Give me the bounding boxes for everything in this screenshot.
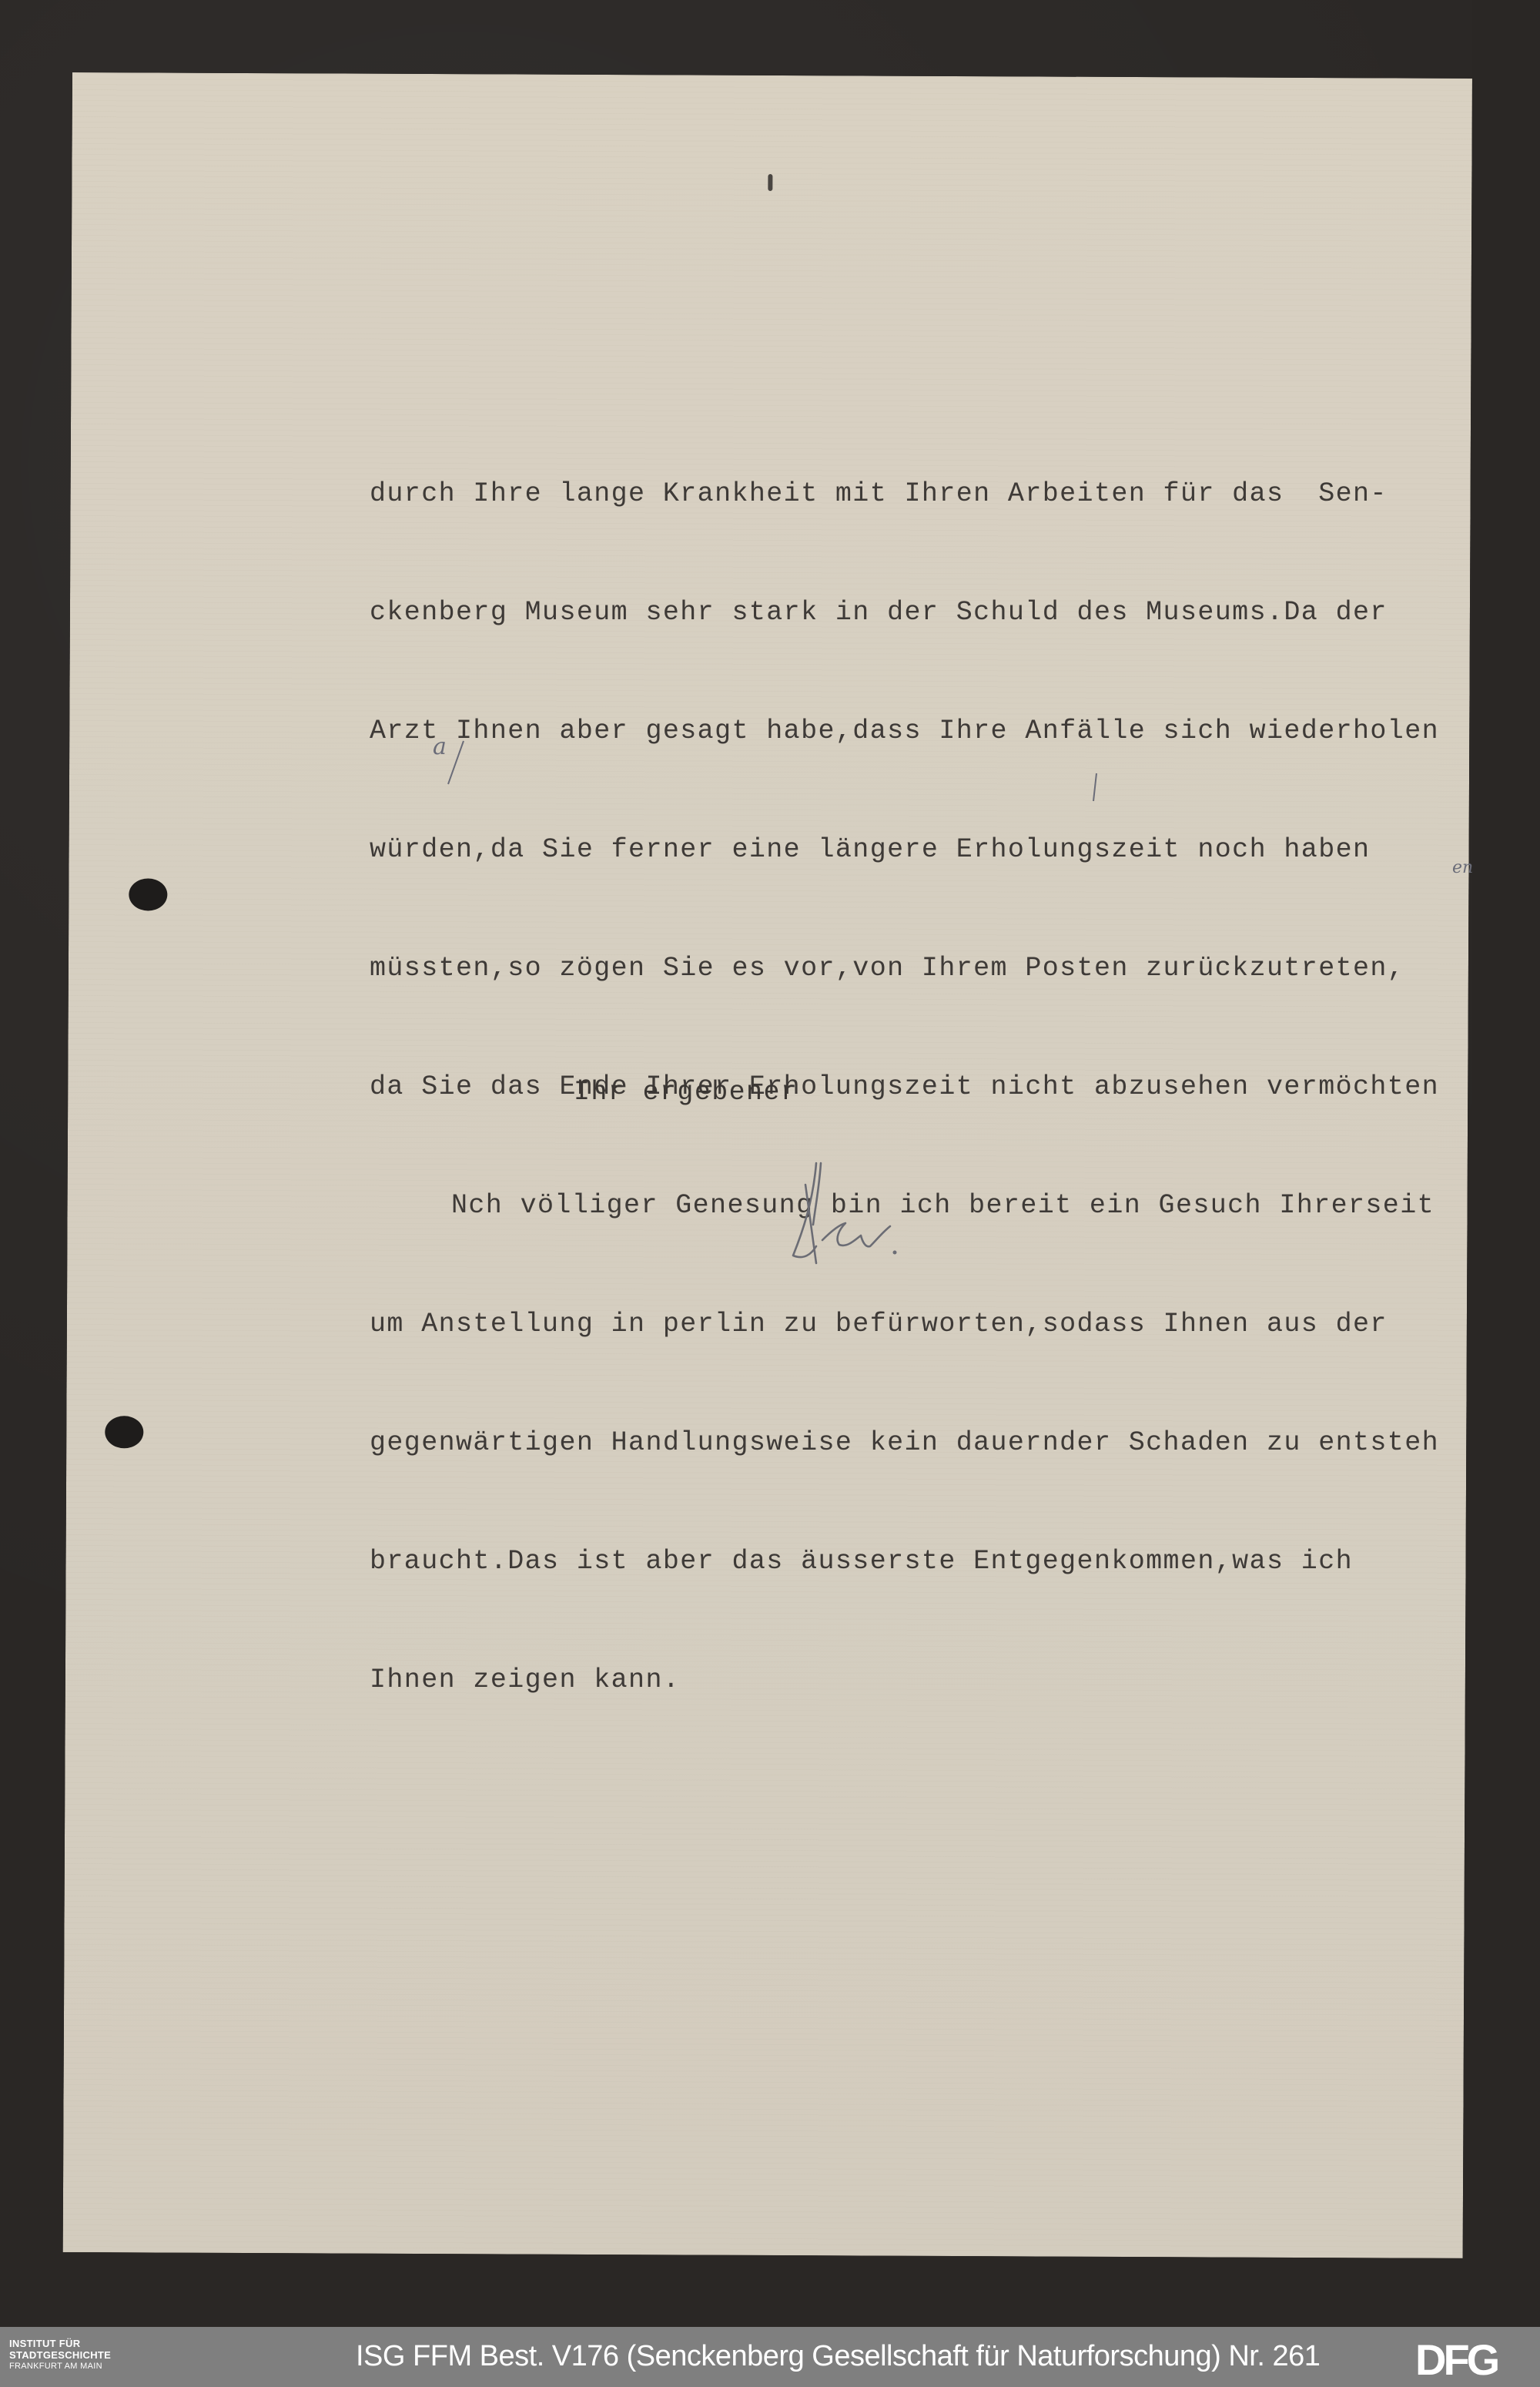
body-line: braucht.Das ist aber das äusserste Entge… bbox=[370, 1542, 1494, 1599]
comma-insert-mark-icon bbox=[1090, 772, 1100, 803]
archive-footer: INSTITUT FÜR STADTGESCHICHTE FRANKFURT A… bbox=[0, 2327, 1540, 2387]
strike-stroke-icon bbox=[445, 739, 468, 786]
body-line: Arzt Ihnen aber gesagt habe,dass Ihre An… bbox=[370, 712, 1494, 769]
body-line: Ihnen zeigen kann. bbox=[370, 1661, 1494, 1718]
handwritten-insert-en: en bbox=[1452, 858, 1473, 877]
punch-hole-upper bbox=[129, 878, 167, 910]
body-line: durch Ihre lange Krankheit mit Ihren Arb… bbox=[370, 474, 1494, 531]
institution-line: INSTITUT FÜR bbox=[9, 2338, 111, 2349]
archive-reference: ISG FFM Best. V176 (Senckenberg Gesellsc… bbox=[356, 2340, 1320, 2373]
body-line: da Sie das Ende Ihrer Erholungszeit nich… bbox=[370, 1068, 1494, 1125]
scan-backdrop-right bbox=[1472, 0, 1540, 2326]
letter-body: durch Ihre lange Krankheit mit Ihren Arb… bbox=[370, 413, 1494, 1748]
body-line: um Anstellung in perlin zu befürworten,s… bbox=[370, 1305, 1494, 1362]
ink-speck bbox=[768, 174, 772, 191]
body-line: müssten,so zögen Sie es vor,von Ihrem Po… bbox=[370, 949, 1494, 1006]
institution-city: FRANKFURT AM MAIN bbox=[9, 2361, 111, 2372]
body-line: würden,da Sie ferner eine längere Erholu… bbox=[370, 830, 1494, 887]
dfg-logo: DFG bbox=[1415, 2335, 1497, 2385]
body-line: gegenwärtigen Handlungsweise kein dauern… bbox=[370, 1423, 1494, 1480]
closing-salutation: Ihr ergebener bbox=[574, 1077, 798, 1108]
punch-hole-lower bbox=[105, 1416, 143, 1448]
body-line: ckenberg Museum sehr stark in der Schuld… bbox=[370, 593, 1494, 650]
signature-icon bbox=[785, 1155, 986, 1271]
institution-line: STADTGESCHICHTE bbox=[9, 2349, 111, 2361]
institution-logo: INSTITUT FÜR STADTGESCHICHTE FRANKFURT A… bbox=[9, 2338, 111, 2372]
